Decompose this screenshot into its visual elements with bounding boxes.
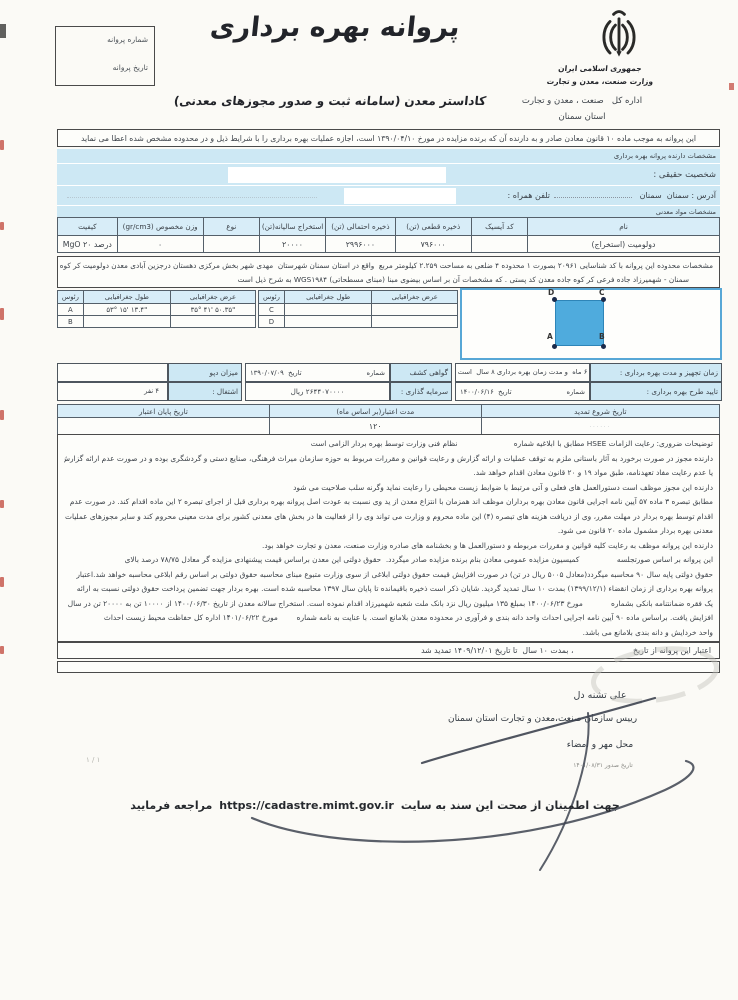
mineral-annual-extraction: ۲۰۰۰۰ — [259, 236, 325, 253]
col-annual-extraction: استخراج سالیانه(تن) — [259, 218, 325, 236]
holder-section-title: مشخصات دارنده پروانه بهره برداری — [614, 149, 716, 163]
mineral-probable-reserve: ۲۹۹۶۰۰۰ — [326, 236, 396, 253]
verification-url: https://cadastre.mimt.gov.ir — [219, 799, 394, 812]
terms-line: مطابق تبصره ۳ ماده ۵۷ آیین نامه اجرایی ق… — [64, 495, 713, 510]
col-latitude: عرض جغرافیایی — [372, 291, 458, 304]
corner-label-a: A — [547, 332, 553, 341]
scan-mark — [0, 24, 6, 38]
page-indicator: ۱ / ۱ — [86, 756, 100, 764]
verification-footer: جهت اطمینان از صحت این سند به سایت https… — [130, 799, 620, 812]
col-vertex: رئوس — [58, 291, 84, 304]
boundary-description-box: مشخصات محدوده این پروانه با کد شناسایی ۲… — [57, 256, 720, 288]
corner-dot-bl — [552, 344, 557, 349]
scan-mark-red — [0, 222, 4, 230]
license-number-box: شماره پروانه تاریخ پروانه — [55, 26, 155, 86]
person-name-redaction — [228, 167, 446, 183]
holder-section-bar: مشخصات دارنده پروانه بهره برداری — [57, 149, 720, 163]
person-row: شخصیت حقیقی : — [57, 163, 720, 185]
scan-mark-red — [0, 577, 4, 587]
iran-emblem-icon — [592, 6, 646, 64]
validity-months-header: مدت اعتبار(بر اساس ماه) — [269, 405, 481, 418]
vertex-a-lat: ۳۵° ۴۱' ۵۰.۳۵" — [170, 304, 255, 316]
address-redaction-dots-2 — [67, 197, 317, 198]
vertex-a-label: A — [58, 304, 84, 316]
vertex-row-b: B — [58, 316, 256, 328]
boundary-line-1: مشخصات محدوده این پروانه با کد شناسایی ۲… — [58, 259, 719, 273]
minerals-section-bar: مشخصات مواد معدنی — [57, 205, 720, 217]
terms-box: توضیحات ضروری: رعایت الزامات HSEE مطابق … — [57, 434, 720, 642]
vertex-a-lon: ۵۳° ۱۵' ۱۳.۴" — [83, 304, 170, 316]
terms-line: دارنده این مجوز موظف است دستورالعمل های … — [64, 481, 713, 496]
scan-mark-red — [729, 83, 734, 90]
phone-label: تلفن همراه : — [508, 186, 550, 206]
vertex-d-label: D — [259, 316, 285, 328]
minerals-header-row: نام کد آیسیک ذخیره قطعی (تن) ذخیره احتما… — [58, 218, 720, 236]
renewal-start-value: ...... — [481, 418, 719, 435]
scan-mark-red — [0, 410, 4, 420]
address-redaction-dots — [554, 197, 632, 198]
corner-label-b: B — [599, 332, 605, 341]
plan-approval-value: شماره تاریخ ۱۴۰۰/۰۶/۱۶ — [455, 382, 590, 401]
col-probable-reserve: ذخیره احتمالی (تن) — [326, 218, 396, 236]
discovery-cert-label: گواهی کشف — [390, 363, 452, 382]
vertex-c-lat — [372, 304, 458, 316]
terms-line: یک فقره ضمانتنامه بانکی بشماره مورخ ۱۴۰۰… — [64, 597, 713, 612]
signature-stroke — [422, 698, 655, 763]
col-vertex: رئوس — [259, 291, 285, 304]
mineral-quality: درصد ۲۰ MgO — [58, 236, 118, 253]
terms-line: یا عدم رعایت مفاد تعهدنامه، طبق مواد ۱۹ … — [64, 466, 713, 481]
license-number-label: شماره پروانه — [107, 35, 148, 44]
corner-label-c: C — [599, 288, 605, 297]
vertex-row-a: ۳۵° ۴۱' ۵۰.۳۵" ۵۳° ۱۵' ۱۳.۴" A — [58, 304, 256, 316]
terms-line: این پروانه بر اساس صورتجلسه کمیسیون مزای… — [64, 553, 713, 568]
mineral-isic — [471, 236, 527, 253]
col-name: نام — [528, 218, 720, 236]
verification-text-post: مراجعه فرمایید — [130, 799, 212, 812]
scan-mark-red — [0, 308, 4, 320]
vertex-d-lon — [284, 316, 372, 328]
signature-stroke — [540, 713, 589, 870]
terms-line: افزایش یافت. براساس ماده ۹۰ آیین نامه اج… — [64, 611, 713, 626]
renewal-start-header: تاریخ شروع تمدید — [481, 405, 719, 418]
mineral-name: دولومیت (استخراج) — [528, 236, 720, 253]
person-type-label: شخصیت حقیقی : — [653, 164, 716, 186]
validity-months-value: ۱۲۰ — [269, 418, 481, 435]
scan-mark-red — [0, 140, 4, 150]
minerals-table: نام کد آیسیک ذخیره قطعی (تن) ذخیره احتما… — [57, 217, 720, 253]
plan-date: تاریخ ۱۴۰۰/۰۶/۱۶ — [460, 388, 512, 396]
corner-dot-tl — [552, 297, 557, 302]
gov-line-2: وزارت صنعت، معدن و تجارت — [515, 77, 686, 86]
renewal-table: تاریخ شروع تمدید مدت اعتبار(بر اساس ماه)… — [57, 404, 720, 435]
col-longitude: طول جغرافیایی — [284, 291, 372, 304]
col-latitude: عرض جغرافیایی — [170, 291, 255, 304]
scan-mark-red — [0, 646, 4, 654]
vertex-row-d: D — [259, 316, 458, 328]
col-type: نوع — [203, 218, 259, 236]
mineral-definite-reserve: ۷۹۶۰۰۰ — [395, 236, 471, 253]
vertex-b-lat — [170, 316, 255, 328]
cert-date: تاریخ ۱۳۹۰/۰۷/۰۹ — [250, 369, 302, 377]
cadastre-subtitle: کاداستر معدن (سامانه ثبت و صدور مجوزهای … — [159, 94, 500, 108]
phone-redaction — [344, 188, 456, 204]
intro-strip: این پروانه به موجب ماده ۱۰ قانون معادن ص… — [57, 129, 720, 147]
plan-approval-label: تایید طرح بهره برداری : — [590, 382, 722, 401]
employment-value: ۴ نفر — [57, 382, 168, 401]
vertex-c-lon — [284, 304, 372, 316]
mineral-type — [203, 236, 259, 253]
terms-line: دارنده این پروانه موظف به رعایت کلیه قوا… — [64, 539, 713, 554]
license-date-label: تاریخ پروانه — [113, 63, 148, 72]
vertex-row-c: C — [259, 304, 458, 316]
license-document-page: شماره پروانه تاریخ پروانه پروانه بهره بر… — [0, 0, 738, 1000]
corner-dot-br — [601, 344, 606, 349]
address-label: آدرس : سمنان سمنان — [640, 186, 716, 206]
col-definite-reserve: ذخیره قطعی (تن) — [395, 218, 471, 236]
terms-line: دارنده مجوز در صورت برخورد به آثار باستا… — [64, 452, 713, 467]
plan-number-label: شماره — [566, 388, 585, 396]
col-isic: کد آیسیک — [471, 218, 527, 236]
employment-label: اشتغال : — [168, 382, 242, 401]
boundary-line-2: سمنان - شهمیرزاد جاده فرعی کر کوه جاده م… — [58, 273, 719, 287]
verification-text-pre: جهت اطمینان از صحت این سند به سایت — [401, 799, 620, 812]
coords-table-cd: عرض جغرافیایی طول جغرافیایی رئوس C D — [258, 290, 458, 328]
parcel-square — [555, 300, 604, 346]
corner-dot-tr — [601, 297, 606, 302]
equip-time-label: زمان تجهیز و مدت بهره برداری : — [590, 363, 722, 382]
cadastre-map-diagram: D C A B — [460, 288, 722, 360]
col-longitude: طول جغرافیایی — [83, 291, 170, 304]
corner-label-d: D — [548, 288, 554, 297]
col-specific-weight: وزن مخصوص (gr/cm3) — [117, 218, 203, 236]
mineral-specific-weight: ۰ — [117, 236, 203, 253]
page-title: پروانه بهره برداری — [188, 12, 481, 43]
equip-time-value: ۶ ماه و مدت زمان بهره برداری ۸ سال است — [455, 363, 590, 382]
vertex-c-label: C — [259, 304, 285, 316]
investment-value: ۲۶۴۴۰۷۰۰۰۰ ریال — [245, 382, 390, 401]
minerals-data-row: دولومیت (استخراج) ۷۹۶۰۰۰ ۲۹۹۶۰۰۰ ۲۰۰۰۰ ۰… — [58, 236, 720, 253]
address-row: آدرس : سمنان سمنان تلفن همراه : — [57, 185, 720, 205]
vertex-b-label: B — [58, 316, 84, 328]
discovery-cert-value: شماره تاریخ ۱۳۹۰/۰۷/۰۹ — [245, 363, 390, 382]
validity-end-value — [58, 418, 270, 435]
terms-line: حقوق دولتی پایه سال ۹۰ محاسبه میگردد(معا… — [64, 568, 713, 583]
investment-label: سرمایه گذاری : — [390, 382, 452, 401]
scan-mark-red — [0, 500, 4, 508]
terms-line: معدنی بهره بردار مشمول ماده ۲۰ قانون می … — [64, 524, 713, 539]
gov-line-1: جمهوری اسلامی ایران — [520, 64, 681, 73]
signature-scribble — [0, 630, 738, 910]
depot-label: میزان دپو — [168, 363, 242, 382]
coords-table-ab: عرض جغرافیایی طول جغرافیایی رئوس ۳۵° ۴۱'… — [57, 290, 256, 328]
cert-number-label: شماره — [366, 369, 385, 377]
province-line: استان سمنان — [492, 112, 672, 122]
col-quality: کیفیت — [58, 218, 118, 236]
terms-line: توضیحات ضروری: رعایت الزامات HSEE مطابق … — [64, 437, 713, 452]
terms-line: اقدام توسط بهره بردار در مهلت مقرر، وی ا… — [64, 510, 713, 525]
vertex-d-lat — [372, 316, 458, 328]
office-line: اداره کل صنعت ، معدن و تجارت — [492, 96, 672, 106]
terms-line: پروانه بهره برداری از زمان انقضاء (۱۳۹۹/… — [64, 582, 713, 597]
depot-value — [57, 363, 168, 382]
vertex-b-lon — [83, 316, 170, 328]
validity-end-header: تاریخ پایان اعتبار — [58, 405, 270, 418]
